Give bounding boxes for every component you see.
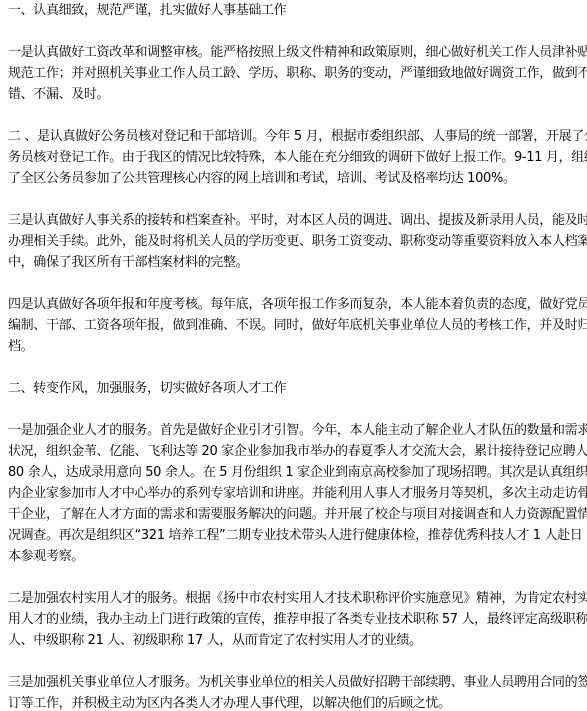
text-line: 规范工作；并对照机关事业工作人员工龄、学历、职称、职务的变动，严谨细致地做好调资… <box>8 63 578 84</box>
paragraph-rural-talent: 二是加强农村实用人才的服务。根据《扬中市农村实用人才技术职称评价实施意见》精神，… <box>8 588 578 651</box>
paragraph-personnel-archives: 三是认真做好人事关系的接转和档案查补。平时，对本区人员的调进、调出、提拔及新录用… <box>8 210 578 273</box>
text-line: 编制、干部、工资各项年报，做到准确、不误。同时，做好年底机关事业单位人员的考核工… <box>8 315 578 336</box>
section-heading-1: 一、认真细致，规范严谨，扎实做好人事基础工作 <box>8 0 578 21</box>
text-line: 办理相关手续。此外，能及时将机关人员的学历变更、职务工资变动、职称变动等重要资料… <box>8 231 578 252</box>
paragraph-annual-reports: 四是认真做好各项年报和年度考核。每年底，各项年报工作多而复杂，本人能本着负责的态… <box>8 294 578 357</box>
text-line: 二 、是认真做好公务员核对登记和干部培训。今年 5 月，根据市委组织部、人事局的… <box>8 126 578 147</box>
text-line: 三是加强机关事业单位人才服务。为机关事业单位的相关人员做好招聘干部续聘、事业人员… <box>8 672 578 693</box>
paragraph-institution-talent: 三是加强机关事业单位人才服务。为机关事业单位的相关人员做好招聘干部续聘、事业人员… <box>8 672 578 711</box>
paragraph-salary-reform: 一是认真做好工资改革和调整审核。能严格按照上级文件精神和政策原则，细心做好机关工… <box>8 42 578 105</box>
text-line: 一、认真细致，规范严谨，扎实做好人事基础工作 <box>8 0 578 21</box>
section-heading-2: 二、转变作风，加强服务，切实做好各项人才工作 <box>8 378 578 399</box>
text-line: 档。 <box>8 336 578 357</box>
text-line: 订等工作，并积极主动为区内各类人才办理人事代理，以解决他们的后顾之忧。 <box>8 693 578 711</box>
text-line: 内企业家参加市人才中心举办的系列专家培训和讲座。并能利用人事人才服务月等契机，多… <box>8 483 578 504</box>
paragraph-civil-servant-registration: 二 、是认真做好公务员核对登记和干部培训。今年 5 月，根据市委组织部、人事局的… <box>8 126 578 189</box>
text-line: 状况，组织金苇、亿能、飞利达等 20 家企业参加我市举办的春夏季人才交流大会，累… <box>8 441 578 462</box>
text-line: 中，确保了我区所有干部档案材料的完整。 <box>8 252 578 273</box>
text-line: 本参观考察。 <box>8 546 578 567</box>
paragraph-enterprise-talent: 一是加强企业人才的服务。首先是做好企业引才引智。今年，本人能主动了解企业人才队伍… <box>8 420 578 567</box>
text-line: 错、不漏、及时。 <box>8 84 578 105</box>
text-line: 用人才的业绩，我办主动上门进行政策的宣传，推荐申报了各类专业技术职称 57 人，… <box>8 609 578 630</box>
text-line: 务员核对登记工作。由于我区的情况比较特殊，本人能在充分细致的调研下做好上报工作。… <box>8 147 578 168</box>
text-line: 三是认真做好人事关系的接转和档案查补。平时，对本区人员的调进、调出、提拔及新录用… <box>8 210 578 231</box>
text-line: 况调查。再次是组织区“321 培养工程”二期专业技术带头人进行健康体检，推荐优秀… <box>8 525 578 546</box>
text-line: 一是加强企业人才的服务。首先是做好企业引才引智。今年，本人能主动了解企业人才队伍… <box>8 420 578 441</box>
document-body: 一、认真细致，规范严谨，扎实做好人事基础工作 一是认真做好工资改革和调整审核。能… <box>0 0 578 711</box>
text-line: 一是认真做好工资改革和调整审核。能严格按照上级文件精神和政策原则，细心做好机关工… <box>8 42 578 63</box>
text-line: 了全区公务员参加了公共管理核心内容的网上培训和考试，培训、考试及格率均达 100… <box>8 168 578 189</box>
text-line: 人、中级职称 21 人、初级职称 17 人，从而肯定了农村实用人才的业绩。 <box>8 630 578 651</box>
text-line: 二、转变作风，加强服务，切实做好各项人才工作 <box>8 378 578 399</box>
text-line: 四是认真做好各项年报和年度考核。每年底，各项年报工作多而复杂，本人能本着负责的态… <box>8 294 578 315</box>
text-line: 干企业，了解在人才方面的需求和需要服务解决的问题。并开展了校企与项目对接调查和人… <box>8 504 578 525</box>
text-line: 二是加强农村实用人才的服务。根据《扬中市农村实用人才技术职称评价实施意见》精神，… <box>8 588 578 609</box>
text-line: 80 余人，达成录用意向 50 余人。在 5 月份组织 1 家企业到南京高校参加… <box>8 462 578 483</box>
